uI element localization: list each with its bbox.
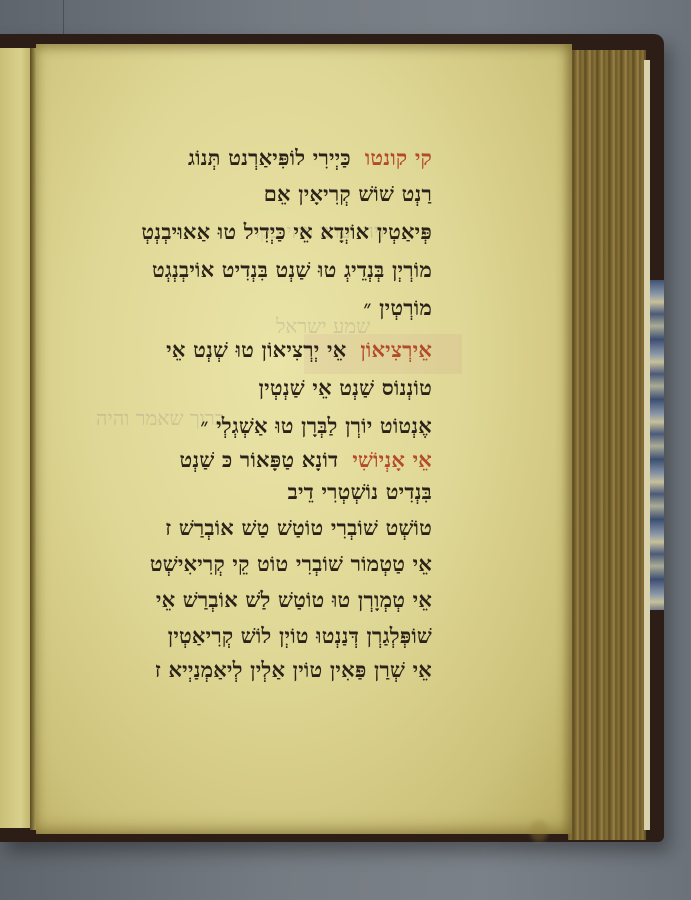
line-text: אֵי טַטְמוֹר שׁוֹבְרִי טוֹט קֵי קְרִיאִי… <box>150 548 432 580</box>
fore-edge-page-block <box>568 50 646 840</box>
text-line: אֵי שְׁרַן פַּאִין טוֹין אַלְין לְיאַמְנ… <box>155 654 432 686</box>
text-line: מוֹרְטְין ״ <box>363 292 432 324</box>
text-line: שׁוֹפְּלְגַרְן דְּנַנְטוּ טוֹיְן לוֹשׁ ק… <box>168 620 432 652</box>
line-text: אֵי טְמְוָרְן טוּ טוֹטַשׁ לַשׁ אוֹבְרַשׁ… <box>156 584 432 616</box>
marbled-endpaper <box>650 280 664 610</box>
background-seam <box>63 0 64 36</box>
text-line: בִּנְדִיט נוֹשְׁטְרִי דֵיב <box>288 476 432 508</box>
text-line: אֵי טַטְמוֹר שׁוֹבְרִי טוֹט קֵי קְרִיאִי… <box>150 548 432 580</box>
text-line: אֵירְצִיאוֹןאֵי יְרְצִיאוֹן טוּ שְׁנְט א… <box>166 334 432 366</box>
line-text: כַּיְירִי לוֹפִּיאַרְנט תְּנוֹג <box>188 142 351 174</box>
line-text: מוֹרְטְין ״ <box>363 292 432 324</box>
line-text: אֵי יְרְצִיאוֹן טוּ שְׁנְט אֵי <box>166 334 346 366</box>
rubric-heading: אֵי אָנְיוֹשִׁי <box>352 444 432 476</box>
left-page-edge <box>0 48 34 828</box>
line-text: בִּנְדִיט נוֹשְׁטְרִי דֵיב <box>288 476 432 508</box>
line-text: אֵי שְׁרַן פַּאִין טוֹין אַלְין לְיאַמְנ… <box>155 654 432 686</box>
line-text: טוֹשְׁט שׁוֹבְרִי טוֹטַשׁ טַשׁ אוֹבְרַשׁ… <box>165 512 432 544</box>
text-line: מוֹרְיְן בְּנְדֵיגְ טוּ שַׁנְט בִּנְדִיט… <box>152 254 432 286</box>
text-line: אֶנְטוֹט יוֹרְן לַבְּרָן טוּ אַשְׁגְלְי … <box>200 410 432 442</box>
line-text: טוֹנְנוֹס שַׁנְט אֵי שַׁנְטְין <box>259 372 432 404</box>
rubric-heading: אֵירְצִיאוֹן <box>360 334 432 366</box>
line-text: פְּיאַטְין אוֹיְדָא אֵי כַּיְדִיל טוּ אַ… <box>141 216 432 248</box>
page-stain <box>530 820 548 842</box>
line-text: אֶנְטוֹט יוֹרְן לַבְּרָן טוּ אַשְׁגְלְי … <box>200 410 432 442</box>
text-line: טוֹשְׁט שׁוֹבְרִי טוֹטַשׁ טַשׁ אוֹבְרַשׁ… <box>165 512 432 544</box>
rubric-heading: קי קונטו <box>365 142 432 174</box>
line-text: רַנְט שׁוֹשׁ קְרִיאָין אֵם <box>264 178 432 210</box>
text-line: אֵי טְמְוָרְן טוּ טוֹטַשׁ לַשׁ אוֹבְרַשׁ… <box>156 584 432 616</box>
text-line: קי קונטוכַּיְירִי לוֹפִּיאַרְנט תְּנוֹג <box>188 142 432 174</box>
line-text: דוֹנָא טַפָּאוֹר כּ שַׁנְט <box>179 444 338 476</box>
line-text: שׁוֹפְּלְגַרְן דְּנַנְטוּ טוֹיְן לוֹשׁ ק… <box>168 620 432 652</box>
line-text: מוֹרְיְן בְּנְדֵיגְ טוּ שַׁנְט בִּנְדִיט… <box>152 254 432 286</box>
text-line: פְּיאַטְין אוֹיְדָא אֵי כַּיְדִיל טוּ אַ… <box>141 216 432 248</box>
text-line: רַנְט שׁוֹשׁ קְרִיאָין אֵם <box>264 178 432 210</box>
text-line: אֵי אָנְיוֹשִׁידוֹנָא טַפָּאוֹר כּ שַׁנְ… <box>179 444 432 476</box>
text-line: טוֹנְנוֹס שַׁנְט אֵי שַׁנְטְין <box>259 372 432 404</box>
